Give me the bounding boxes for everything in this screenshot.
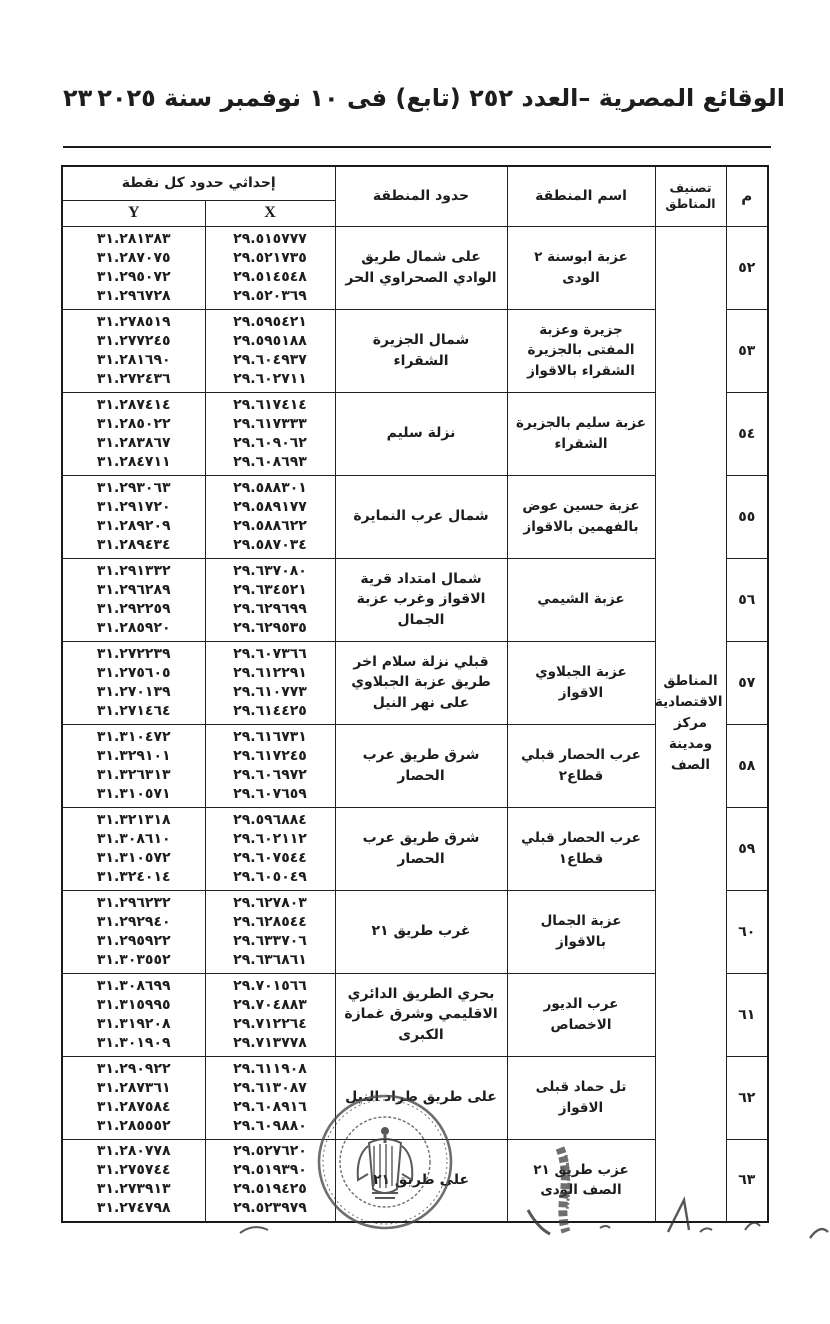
y-coordinate-value: ٣١.٢٨٩٢٠٩ (67, 517, 201, 536)
y-coordinate-value: ٣١.٢٨٤٧١١ (67, 453, 201, 472)
area-bounds-cell: على طريق طراد النيل (335, 1056, 507, 1139)
col-header-y: Y (62, 200, 205, 226)
x-coordinate-value: ٢٩.٦٠٨٩١٦ (210, 1098, 331, 1117)
x-coordinates-cell: ٢٩.٥٢٧٦٢٠٢٩.٥١٩٣٩٠٢٩.٥١٩٤٢٥٢٩.٥٢٣٩٧٩ (205, 1139, 335, 1222)
x-coordinate-value: ٢٩.٦٠٢٧١١ (210, 370, 331, 389)
area-bounds-cell: غرب طريق ٢١ (335, 890, 507, 973)
x-coordinate-value: ٢٩.٦١٣٠٨٧ (210, 1079, 331, 1098)
x-coordinate-value: ٢٩.٥٢٧٦٢٠ (210, 1142, 331, 1161)
row-number: ٥٤ (726, 392, 768, 475)
y-coordinate-value: ٣١.٢٧٨٥١٩ (67, 313, 201, 332)
x-coordinates-cell: ٢٩.٥١٥٧٧٧٢٩.٥٢١٧٣٥٢٩.٥١٤٥٤٨٢٩.٥٢٠٣٦٩ (205, 226, 335, 309)
y-coordinate-value: ٣١.٢٨٥٩٢٠ (67, 619, 201, 638)
y-coordinate-value: ٣١.٢٨٥٥٥٢ (67, 1117, 201, 1136)
x-coordinate-value: ٢٩.٦١١٩٠٨ (210, 1060, 331, 1079)
x-coordinate-value: ٢٩.٦٠٧٦٥٩ (210, 785, 331, 804)
col-header-coords: إحداثي حدود كل نقطة (62, 166, 335, 200)
y-coordinate-value: ٣١.٢٧٣٩١٣ (67, 1180, 201, 1199)
y-coordinate-value: ٣١.٢٧٥٦٠٥ (67, 664, 201, 683)
y-coordinate-value: ٣١.٢٧٤٧٩٨ (67, 1199, 201, 1218)
x-coordinate-value: ٢٩.٦٣٤٥٢١ (210, 581, 331, 600)
x-coordinate-value: ٢٩.٥٨٨٦٢٢ (210, 517, 331, 536)
area-bounds-cell: قبلي نزلة سلام اخر طريق عزبة الجبلاوي عل… (335, 641, 507, 724)
y-coordinate-value: ٣١.٢٧٢٢٣٩ (67, 645, 201, 664)
area-bounds-cell: شمال امتداد قرية الاقواز وغرب عزبة الجما… (335, 558, 507, 641)
masthead: الوقائع المصرية –العدد ٢٥٢ (تابع) فى ١٠ … (55, 84, 785, 112)
x-coordinate-value: ٢٩.٦٠٥٠٤٩ (210, 868, 331, 887)
x-coordinates-cell: ٢٩.٦١٦٧٣١٢٩.٦١٧٢٤٥٢٩.٦٠٦٩٧٢٢٩.٦٠٧٦٥٩ (205, 724, 335, 807)
x-coordinate-value: ٢٩.٦١٧٣٣٣ (210, 415, 331, 434)
row-number: ٥٢ (726, 226, 768, 309)
col-header-serial: م (726, 166, 768, 226)
x-coordinate-value: ٢٩.٦١٠٧٧٣ (210, 683, 331, 702)
row-number: ٥٧ (726, 641, 768, 724)
x-coordinate-value: ٢٩.٦٠٤٩٣٧ (210, 351, 331, 370)
area-bounds-cell: شرق طريق عرب الحصار (335, 807, 507, 890)
area-bounds-cell: على شمال طريق الوادي الصحراوي الحر (335, 226, 507, 309)
x-coordinates-cell: ٢٩.٧٠١٥٦٦٢٩.٧٠٤٨٨٣٢٩.٧١٢٢٦٤٢٩.٧١٣٧٧٨ (205, 973, 335, 1056)
x-coordinate-value: ٢٩.٦٣٦٨٦١ (210, 951, 331, 970)
x-coordinate-value: ٢٩.٥١٥٧٧٧ (210, 230, 331, 249)
area-bounds-cell: على طريق ٢١ (335, 1139, 507, 1222)
x-coordinate-value: ٢٩.٥٨٧٠٣٤ (210, 536, 331, 555)
y-coordinate-value: ٣١.٢٩٦٧٢٨ (67, 287, 201, 306)
y-coordinates-cell: ٣١.٢٨١٣٨٣٣١.٢٨٧٠٧٥٣١.٢٩٥٠٧٢٣١.٢٩٦٧٢٨ (62, 226, 205, 309)
x-coordinate-value: ٢٩.٦٠٧٣٦٦ (210, 645, 331, 664)
header-divider (63, 146, 771, 148)
y-coordinate-value: ٣١.٢٨١٣٨٣ (67, 230, 201, 249)
y-coordinate-value: ٣١.٢٨٧٣٦١ (67, 1079, 201, 1098)
y-coordinate-value: ٣١.٢٩٢٩٤٠ (67, 913, 201, 932)
y-coordinate-value: ٣١.٢٨٩٤٣٤ (67, 536, 201, 555)
x-coordinate-value: ٢٩.٦١٦٧٣١ (210, 728, 331, 747)
col-header-x: X (205, 200, 335, 226)
area-name-cell: تل حماد قبلى الاقواز (507, 1056, 655, 1139)
issue-line: الوقائع المصرية –العدد ٢٥٢ (تابع) فى ١٠ … (97, 84, 785, 112)
x-coordinates-cell: ٢٩.٦٢٧٨٠٣٢٩.٦٢٨٥٤٤٢٩.٦٣٣٧٠٦٢٩.٦٣٦٨٦١ (205, 890, 335, 973)
y-coordinate-value: ٣١.٢٨٠٧٧٨ (67, 1142, 201, 1161)
x-coordinate-value: ٢٩.٦٠٨٦٩٣ (210, 453, 331, 472)
x-coordinate-value: ٢٩.٦١٧٤١٤ (210, 396, 331, 415)
x-coordinate-value: ٢٩.٥٢٠٣٦٩ (210, 287, 331, 306)
y-coordinate-value: ٣١.٣٠٨٦٩٩ (67, 977, 201, 996)
x-coordinate-value: ٢٩.٧٠٤٨٨٣ (210, 996, 331, 1015)
y-coordinate-value: ٣١.٢٩٢٢٥٩ (67, 600, 201, 619)
x-coordinate-value: ٢٩.٥٩٦٨٨٤ (210, 811, 331, 830)
y-coordinate-value: ٣١.٢٨١٦٩٠ (67, 351, 201, 370)
y-coordinates-cell: ٣١.٢٧٢٢٣٩٣١.٢٧٥٦٠٥٣١.٢٧٠١٣٩٣١.٢٧١٤٦٤ (62, 641, 205, 724)
x-coordinate-value: ٢٩.٦٠٩٠٦٢ (210, 434, 331, 453)
x-coordinates-cell: ٢٩.٦٠٧٣٦٦٢٩.٦١٢٢٩١٢٩.٦١٠٧٧٣٢٩.٦١٤٤٢٥ (205, 641, 335, 724)
x-coordinate-value: ٢٩.٥٢١٧٣٥ (210, 249, 331, 268)
y-coordinates-cell: ٣١.٣٢١٣١٨٣١.٣٠٨٦١٠٣١.٣١٠٥٧٢٣١.٣٢٤٠١٤ (62, 807, 205, 890)
table-header-row-1: م تصنيف المناطق اسم المنطقة حدود المنطقة… (62, 166, 768, 200)
x-coordinate-value: ٢٩.٦٢٧٨٠٣ (210, 894, 331, 913)
gazette-page: الوقائع المصرية –العدد ٢٥٢ (تابع) فى ١٠ … (0, 0, 830, 1324)
y-coordinates-cell: ٣١.٣٠٨٦٩٩٣١.٣١٥٩٩٥٣١.٣١٩٢٠٨٣١.٣٠١٩٠٩ (62, 973, 205, 1056)
area-bounds-cell: شرق طريق عرب الحصار (335, 724, 507, 807)
x-coordinate-value: ٢٩.٥١٩٤٢٥ (210, 1180, 331, 1199)
y-coordinates-cell: ٣١.٢٧٨٥١٩٣١.٢٧٧٢٤٥٣١.٢٨١٦٩٠٣١.٢٧٢٤٣٦ (62, 309, 205, 392)
x-coordinates-cell: ٢٩.٥٨٨٣٠١٢٩.٥٨٩١٧٧٢٩.٥٨٨٦٢٢٢٩.٥٨٧٠٣٤ (205, 475, 335, 558)
row-number: ٥٦ (726, 558, 768, 641)
x-coordinate-value: ٢٩.٥١٩٣٩٠ (210, 1161, 331, 1180)
area-name-cell: عزبة الشيمي (507, 558, 655, 641)
row-number: ٦٠ (726, 890, 768, 973)
y-coordinate-value: ٣١.٣١٠٤٧٢ (67, 728, 201, 747)
area-name-cell: عزبة ابوسنة ٢ الودى (507, 226, 655, 309)
area-name-cell: عزب طريق ٢١ الصف الودى (507, 1139, 655, 1222)
y-coordinate-value: ٣١.٢٧١٤٦٤ (67, 702, 201, 721)
y-coordinate-value: ٣١.٣٢٤٠١٤ (67, 868, 201, 887)
y-coordinate-value: ٣١.٣١٠٥٧١ (67, 785, 201, 804)
y-coordinate-value: ٣١.٢٩٠٩٢٢ (67, 1060, 201, 1079)
y-coordinates-cell: ٣١.٢٨٧٤١٤٣١.٢٨٥٠٢٢٣١.٢٨٣٨٦٧٣١.٢٨٤٧١١ (62, 392, 205, 475)
x-coordinate-value: ٢٩.٥١٤٥٤٨ (210, 268, 331, 287)
y-coordinate-value: ٣١.٢٩٥٠٧٢ (67, 268, 201, 287)
y-coordinate-value: ٣١.٢٩١٧٢٠ (67, 498, 201, 517)
y-coordinate-value: ٣١.٢٩٦٢٨٩ (67, 581, 201, 600)
row-number: ٦٣ (726, 1139, 768, 1222)
y-coordinates-cell: ٣١.٢٩١٣٣٢٣١.٢٩٦٢٨٩٣١.٢٩٢٢٥٩٣١.٢٨٥٩٢٠ (62, 558, 205, 641)
y-coordinate-value: ٣١.٢٨٧٥٨٤ (67, 1098, 201, 1117)
x-coordinate-value: ٢٩.٦١٢٢٩١ (210, 664, 331, 683)
y-coordinate-value: ٣١.٢٩٦٢٣٢ (67, 894, 201, 913)
table-row: ٥٢المناطق الاقتصادية مركز ومدينة الصفعزب… (62, 226, 768, 309)
x-coordinates-cell: ٢٩.٥٩٥٤٢١٢٩.٥٩٥١٨٨٢٩.٦٠٤٩٣٧٢٩.٦٠٢٧١١ (205, 309, 335, 392)
zones-coordinates-table: م تصنيف المناطق اسم المنطقة حدود المنطقة… (61, 165, 769, 1223)
x-coordinates-cell: ٢٩.٦١١٩٠٨٢٩.٦١٣٠٨٧٢٩.٦٠٨٩١٦٢٩.٦٠٩٨٨٠ (205, 1056, 335, 1139)
classification-cell: المناطق الاقتصادية مركز ومدينة الصف (655, 226, 726, 1222)
y-coordinate-value: ٣١.٣١٥٩٩٥ (67, 996, 201, 1015)
x-coordinate-value: ٢٩.٥٩٥٤٢١ (210, 313, 331, 332)
area-bounds-cell: بحري الطريق الدائري الاقليمي وشرق غمازة … (335, 973, 507, 1056)
y-coordinate-value: ٣١.٢٩٣٠٦٣ (67, 479, 201, 498)
y-coordinate-value: ٣١.٢٨٧٠٧٥ (67, 249, 201, 268)
x-coordinate-value: ٢٩.٦٢٨٥٤٤ (210, 913, 331, 932)
x-coordinate-value: ٢٩.٦٠٩٨٨٠ (210, 1117, 331, 1136)
y-coordinate-value: ٣١.٣٢٩١٠١ (67, 747, 201, 766)
area-name-cell: عزبة الجبلاوي الاقواز (507, 641, 655, 724)
area-bounds-cell: نزلة سليم (335, 392, 507, 475)
y-coordinate-value: ٣١.٣٢١٣١٨ (67, 811, 201, 830)
y-coordinate-value: ٣١.٢٨٥٠٢٢ (67, 415, 201, 434)
x-coordinates-cell: ٢٩.٦٣٧٠٨٠٢٩.٦٣٤٥٢١٢٩.٦٢٩٦٩٩٢٩.٦٢٩٥٣٥ (205, 558, 335, 641)
x-coordinate-value: ٢٩.٥٨٩١٧٧ (210, 498, 331, 517)
y-coordinate-value: ٣١.٢٩٥٩٢٢ (67, 932, 201, 951)
x-coordinates-cell: ٢٩.٦١٧٤١٤٢٩.٦١٧٣٣٣٢٩.٦٠٩٠٦٢٢٩.٦٠٨٦٩٣ (205, 392, 335, 475)
area-name-cell: عزبة سليم بالجزيرة الشقراء (507, 392, 655, 475)
area-bounds-cell: شمال عرب النمايرة (335, 475, 507, 558)
y-coordinate-value: ٣١.٣٠١٩٠٩ (67, 1034, 201, 1053)
x-coordinate-value: ٢٩.٥٢٣٩٧٩ (210, 1199, 331, 1218)
x-coordinate-value: ٢٩.٦٢٩٥٣٥ (210, 619, 331, 638)
x-coordinate-value: ٢٩.٦٣٣٧٠٦ (210, 932, 331, 951)
x-coordinate-value: ٢٩.٦١٤٤٢٥ (210, 702, 331, 721)
row-number: ٥٨ (726, 724, 768, 807)
y-coordinates-cell: ٣١.٢٨٠٧٧٨٣١.٢٧٥٧٤٤٣١.٢٧٣٩١٣٣١.٢٧٤٧٩٨ (62, 1139, 205, 1222)
x-coordinate-value: ٢٩.٧١٢٢٦٤ (210, 1015, 331, 1034)
y-coordinate-value: ٣١.٢٨٣٨٦٧ (67, 434, 201, 453)
y-coordinate-value: ٣١.٣٢٦٣١٣ (67, 766, 201, 785)
y-coordinate-value: ٣١.٢٩١٣٣٢ (67, 562, 201, 581)
y-coordinate-value: ٣١.٣١٩٢٠٨ (67, 1015, 201, 1034)
x-coordinate-value: ٢٩.٥٩٥١٨٨ (210, 332, 331, 351)
area-name-cell: عرب الديور الاخصاص (507, 973, 655, 1056)
y-coordinates-cell: ٣١.٣١٠٤٧٢٣١.٣٢٩١٠١٣١.٣٢٦٣١٣٣١.٣١٠٥٧١ (62, 724, 205, 807)
x-coordinate-value: ٢٩.٦٠٢١١٢ (210, 830, 331, 849)
area-bounds-cell: شمال الجزيرة الشقراء (335, 309, 507, 392)
x-coordinate-value: ٢٩.٦٠٦٩٧٢ (210, 766, 331, 785)
y-coordinate-value: ٣١.٢٨٧٤١٤ (67, 396, 201, 415)
row-number: ٦٢ (726, 1056, 768, 1139)
y-coordinate-value: ٣١.٣٠٣٥٥٢ (67, 951, 201, 970)
col-header-area-bounds: حدود المنطقة (335, 166, 507, 226)
x-coordinate-value: ٢٩.٦١٧٢٤٥ (210, 747, 331, 766)
area-name-cell: عرب الحصار قبلي قطاع١ (507, 807, 655, 890)
col-header-area-name: اسم المنطقة (507, 166, 655, 226)
row-number: ٦١ (726, 973, 768, 1056)
x-coordinates-cell: ٢٩.٥٩٦٨٨٤٢٩.٦٠٢١١٢٢٩.٦٠٧٥٤٤٢٩.٦٠٥٠٤٩ (205, 807, 335, 890)
y-coordinates-cell: ٣١.٢٩٦٢٣٢٣١.٢٩٢٩٤٠٣١.٢٩٥٩٢٢٣١.٣٠٣٥٥٢ (62, 890, 205, 973)
area-name-cell: عزبة الجمال بالاقواز (507, 890, 655, 973)
row-number: ٥٣ (726, 309, 768, 392)
row-number: ٥٥ (726, 475, 768, 558)
y-coordinate-value: ٣١.٣١٠٥٧٢ (67, 849, 201, 868)
x-coordinate-value: ٢٩.٥٨٨٣٠١ (210, 479, 331, 498)
col-header-classification: تصنيف المناطق (655, 166, 726, 226)
x-coordinate-value: ٢٩.٧٠١٥٦٦ (210, 977, 331, 996)
y-coordinate-value: ٣١.٢٧٥٧٤٤ (67, 1161, 201, 1180)
x-coordinate-value: ٢٩.٦٠٧٥٤٤ (210, 849, 331, 868)
y-coordinates-cell: ٣١.٢٩٣٠٦٣٣١.٢٩١٧٢٠٣١.٢٨٩٢٠٩٣١.٢٨٩٤٣٤ (62, 475, 205, 558)
area-name-cell: جزيرة وعزبة المفتى بالجزيرة الشقراء بالا… (507, 309, 655, 392)
y-coordinate-value: ٣١.٣٠٨٦١٠ (67, 830, 201, 849)
page-number: ٢٣ (55, 84, 92, 112)
x-coordinate-value: ٢٩.٧١٣٧٧٨ (210, 1034, 331, 1053)
row-number: ٥٩ (726, 807, 768, 890)
x-coordinate-value: ٢٩.٦٢٩٦٩٩ (210, 600, 331, 619)
y-coordinates-cell: ٣١.٢٩٠٩٢٢٣١.٢٨٧٣٦١٣١.٢٨٧٥٨٤٣١.٢٨٥٥٥٢ (62, 1056, 205, 1139)
area-name-cell: عرب الحصار قبلي قطاع٢ (507, 724, 655, 807)
x-coordinate-value: ٢٩.٦٣٧٠٨٠ (210, 562, 331, 581)
y-coordinate-value: ٣١.٢٧٧٢٤٥ (67, 332, 201, 351)
y-coordinate-value: ٣١.٢٧٠١٣٩ (67, 683, 201, 702)
y-coordinate-value: ٣١.٢٧٢٤٣٦ (67, 370, 201, 389)
area-name-cell: عزبة حسين عوض بالفهمين بالاقواز (507, 475, 655, 558)
